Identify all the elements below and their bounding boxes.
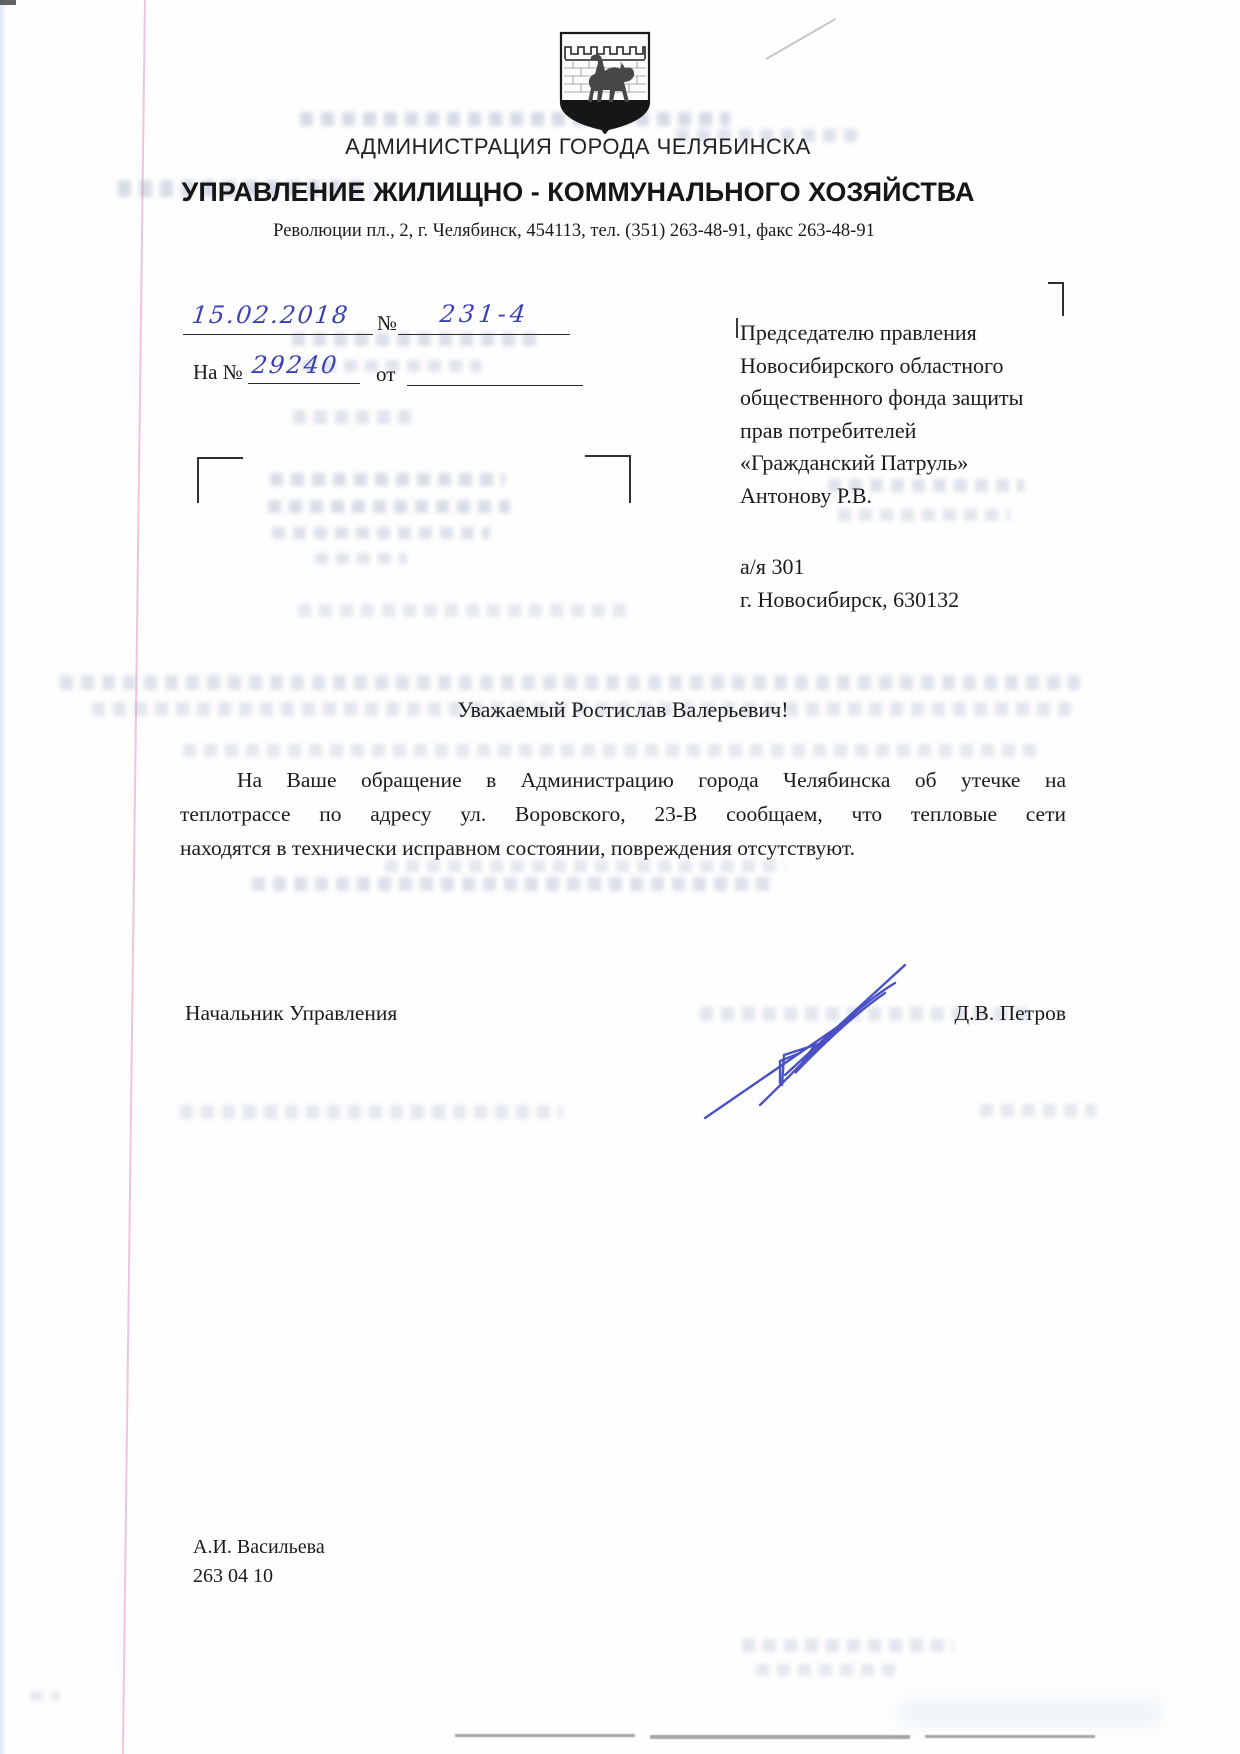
bleed-through-artifact bbox=[30, 1691, 60, 1701]
handwritten-outgoing-number: 231-4 bbox=[439, 300, 531, 328]
recipient-address-line: а/я 301 bbox=[740, 551, 959, 584]
recipient-line: Новосибирского областного bbox=[740, 350, 1023, 383]
bleed-through-artifact bbox=[900, 1698, 1162, 1728]
department-name: УПРАВЛЕНИЕ ЖИЛИЩНО - КОММУНАЛЬНОГО ХОЗЯЙ… bbox=[182, 177, 975, 208]
recipient-line: Председателю правления bbox=[740, 317, 1023, 350]
body-paragraph: На Ваше обращение в Администрацию города… bbox=[180, 763, 1066, 865]
from-label: от bbox=[376, 362, 395, 387]
incoming-number-label: На № bbox=[193, 360, 243, 385]
bleed-through-artifact bbox=[756, 1664, 898, 1676]
bleed-through-artifact bbox=[293, 410, 413, 424]
recipient-line: Антонову Р.В. bbox=[740, 480, 1023, 513]
recipient-address-line: г. Новосибирск, 630132 bbox=[740, 584, 959, 617]
address-zone-corner-mark bbox=[585, 455, 631, 503]
paper-fold-line bbox=[122, 0, 146, 1754]
recipient-line: общественного фонда защиты bbox=[740, 382, 1023, 415]
recipient-postal-address: а/я 301 г. Новосибирск, 630132 bbox=[740, 551, 959, 616]
scanned-letter-page: АДМИНИСТРАЦИЯ ГОРОДА ЧЕЛЯБИНСКА УПРАВЛЕН… bbox=[0, 0, 1240, 1754]
bleed-through-artifact bbox=[183, 744, 1043, 757]
incoming-rule-line bbox=[248, 383, 360, 384]
from-rule-line bbox=[407, 385, 583, 386]
bleed-through-artifact bbox=[742, 1639, 954, 1652]
bleed-through-artifact bbox=[270, 473, 505, 486]
scan-smudge-line bbox=[650, 1735, 910, 1739]
bleed-through-artifact bbox=[980, 1104, 1096, 1117]
bleed-through-artifact bbox=[252, 877, 777, 891]
recipient-line: «Гражданский Патруль» bbox=[740, 447, 1023, 480]
contact-line: Революции пл., 2, г. Челябинск, 454113, … bbox=[273, 221, 875, 242]
bleed-through-artifact bbox=[268, 500, 510, 513]
date-rule-line bbox=[183, 334, 373, 335]
handwritten-outgoing-date: 15.02.2018 bbox=[191, 301, 351, 329]
body-line: теплотрассе по адресу ул. Воровского, 23… bbox=[180, 797, 1066, 831]
recipient-corner-mark bbox=[1048, 282, 1064, 316]
handwritten-signature bbox=[690, 955, 910, 1120]
recipient-line: прав потребителей bbox=[740, 415, 1023, 448]
scan-smudge-line bbox=[455, 1734, 635, 1737]
body-line: находятся в технически исправном состоян… bbox=[180, 831, 1066, 865]
salutation: Уважаемый Ростислав Валерьевич! bbox=[180, 697, 1066, 723]
bleed-through-artifact bbox=[315, 553, 407, 564]
scratch-artifact bbox=[766, 18, 836, 59]
outgoing-number-label: № bbox=[377, 311, 397, 336]
handwritten-incoming-number: 29240 bbox=[251, 351, 340, 379]
body-line: На Ваше обращение в Администрацию города… bbox=[180, 763, 1066, 797]
coat-of-arms-icon bbox=[557, 30, 653, 134]
number-rule-line bbox=[398, 334, 570, 335]
signer-name: Д.В. Петров bbox=[180, 1001, 1066, 1026]
organization-name: АДМИНИСТРАЦИЯ ГОРОДА ЧЕЛЯБИНСКА bbox=[345, 134, 811, 160]
recipient-corner-mark bbox=[736, 318, 738, 338]
bleed-through-artifact bbox=[272, 527, 490, 539]
scan-smudge-line bbox=[925, 1735, 1095, 1738]
bleed-through-artifact bbox=[60, 675, 1080, 690]
scan-edge-strip bbox=[0, 0, 7, 1754]
address-zone-corner-mark bbox=[197, 457, 243, 503]
executor-name: А.И. Васильева bbox=[193, 1536, 325, 1559]
executor-phone: 263 04 10 bbox=[193, 1565, 273, 1588]
scan-corner-mark bbox=[0, 0, 16, 5]
recipient-block: Председателю правления Новосибирского об… bbox=[740, 317, 1023, 512]
bleed-through-artifact bbox=[300, 112, 730, 126]
bleed-through-artifact bbox=[298, 604, 633, 617]
bleed-through-artifact bbox=[180, 1105, 562, 1119]
